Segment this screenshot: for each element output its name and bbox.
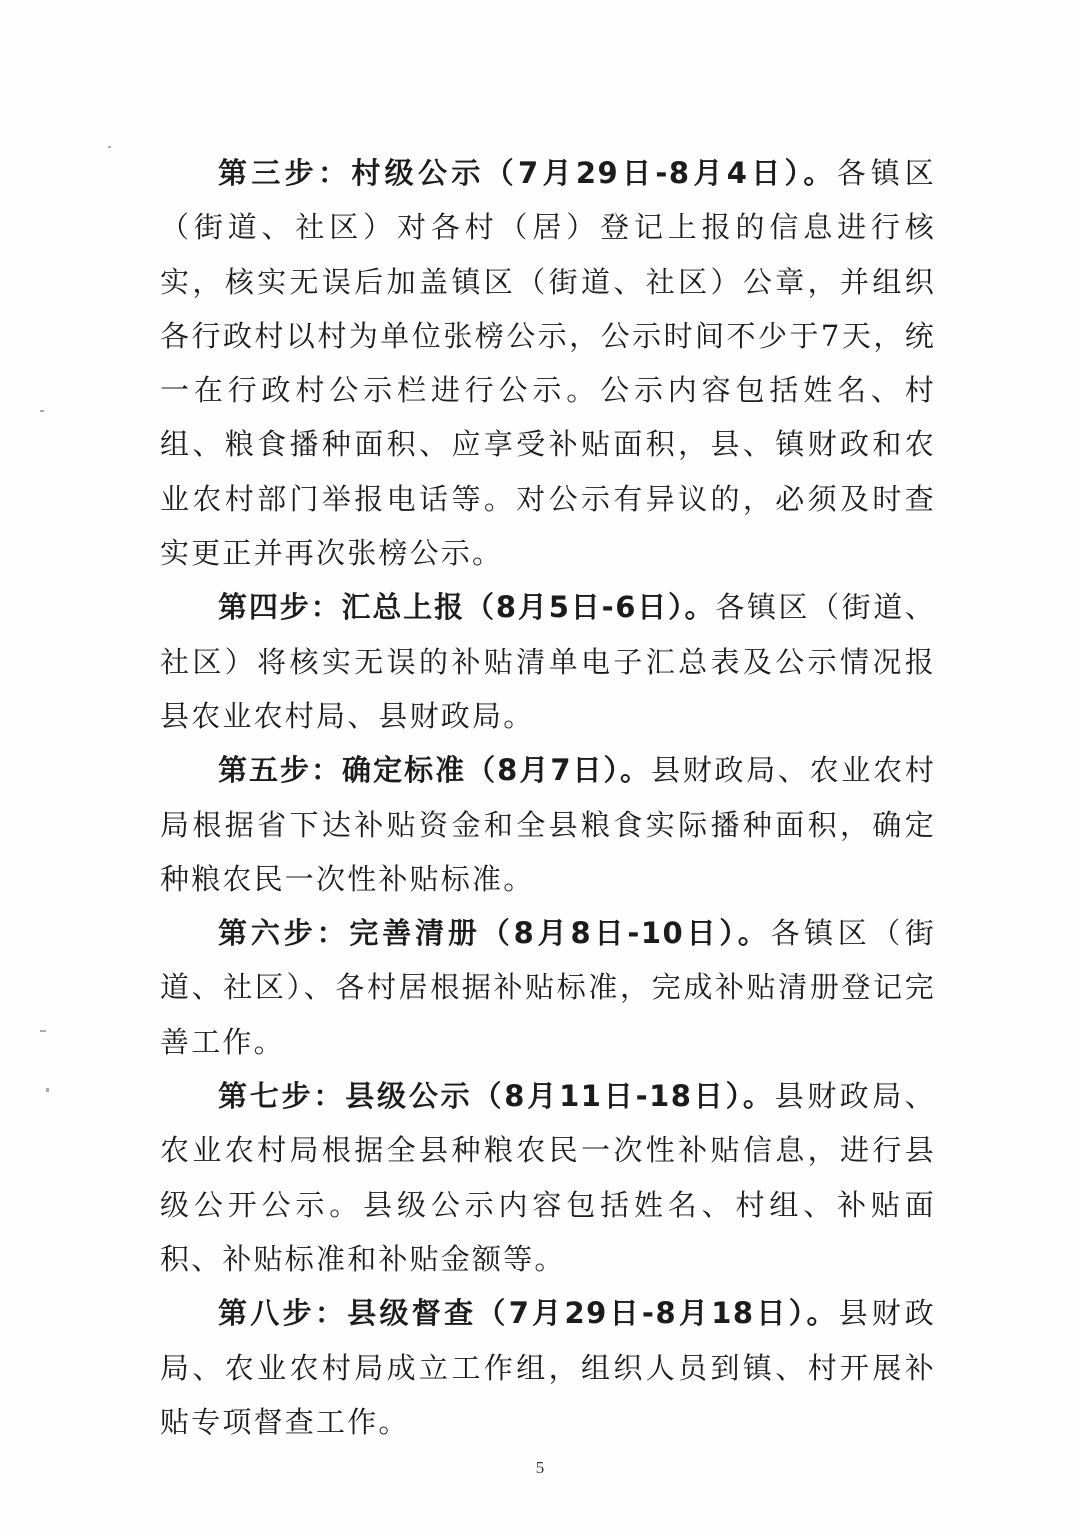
step-heading: 第三步：村级公示（7月29日-8月4日）。 [218, 156, 837, 190]
paragraph-step-7: 第七步：县级公示（8月11日-18日）。县财政局、农业农村局根据全县种粮农民一次… [160, 1069, 936, 1286]
scan-speck [108, 146, 111, 148]
scan-speck [46, 1088, 49, 1092]
paragraph-step-3: 第三步：村级公示（7月29日-8月4日）。各镇区（街道、社区）对各村（居）登记上… [160, 146, 936, 580]
paragraph-step-8: 第八步：县级督查（7月29日-8月18日）。县财政局、农业农村局成立工作组，组织… [160, 1286, 936, 1449]
page-number: 5 [0, 1458, 1080, 1478]
step-heading: 第五步：确定标准（8月7日）。 [218, 753, 651, 787]
paragraph-step-6: 第六步：完善清册（8月8日-10日）。各镇区（街道、社区）、各村居根据补贴标准，… [160, 906, 936, 1069]
document-body: 第三步：村级公示（7月29日-8月4日）。各镇区（街道、社区）对各村（居）登记上… [160, 146, 936, 1449]
step-heading: 第六步：完善清册（8月8日-10日）。 [218, 916, 771, 950]
step-heading: 第七步：县级公示（8月11日-18日）。 [218, 1079, 775, 1113]
scan-speck [40, 410, 44, 412]
step-body: 各镇区（街道、社区）对各村（居）登记上报的信息进行核实，核实无误后加盖镇区（街道… [160, 156, 936, 570]
scan-speck [40, 1030, 46, 1032]
paragraph-step-4: 第四步：汇总上报（8月5日-6日）。各镇区（街道、社区）将核实无误的补贴清单电子… [160, 580, 936, 743]
step-heading: 第八步：县级督查（7月29日-8月18日）。 [218, 1296, 839, 1330]
step-heading: 第四步：汇总上报（8月5日-6日）。 [218, 590, 715, 624]
paragraph-step-5: 第五步：确定标准（8月7日）。县财政局、农业农村局根据省下达补贴资金和全县粮食实… [160, 743, 936, 906]
